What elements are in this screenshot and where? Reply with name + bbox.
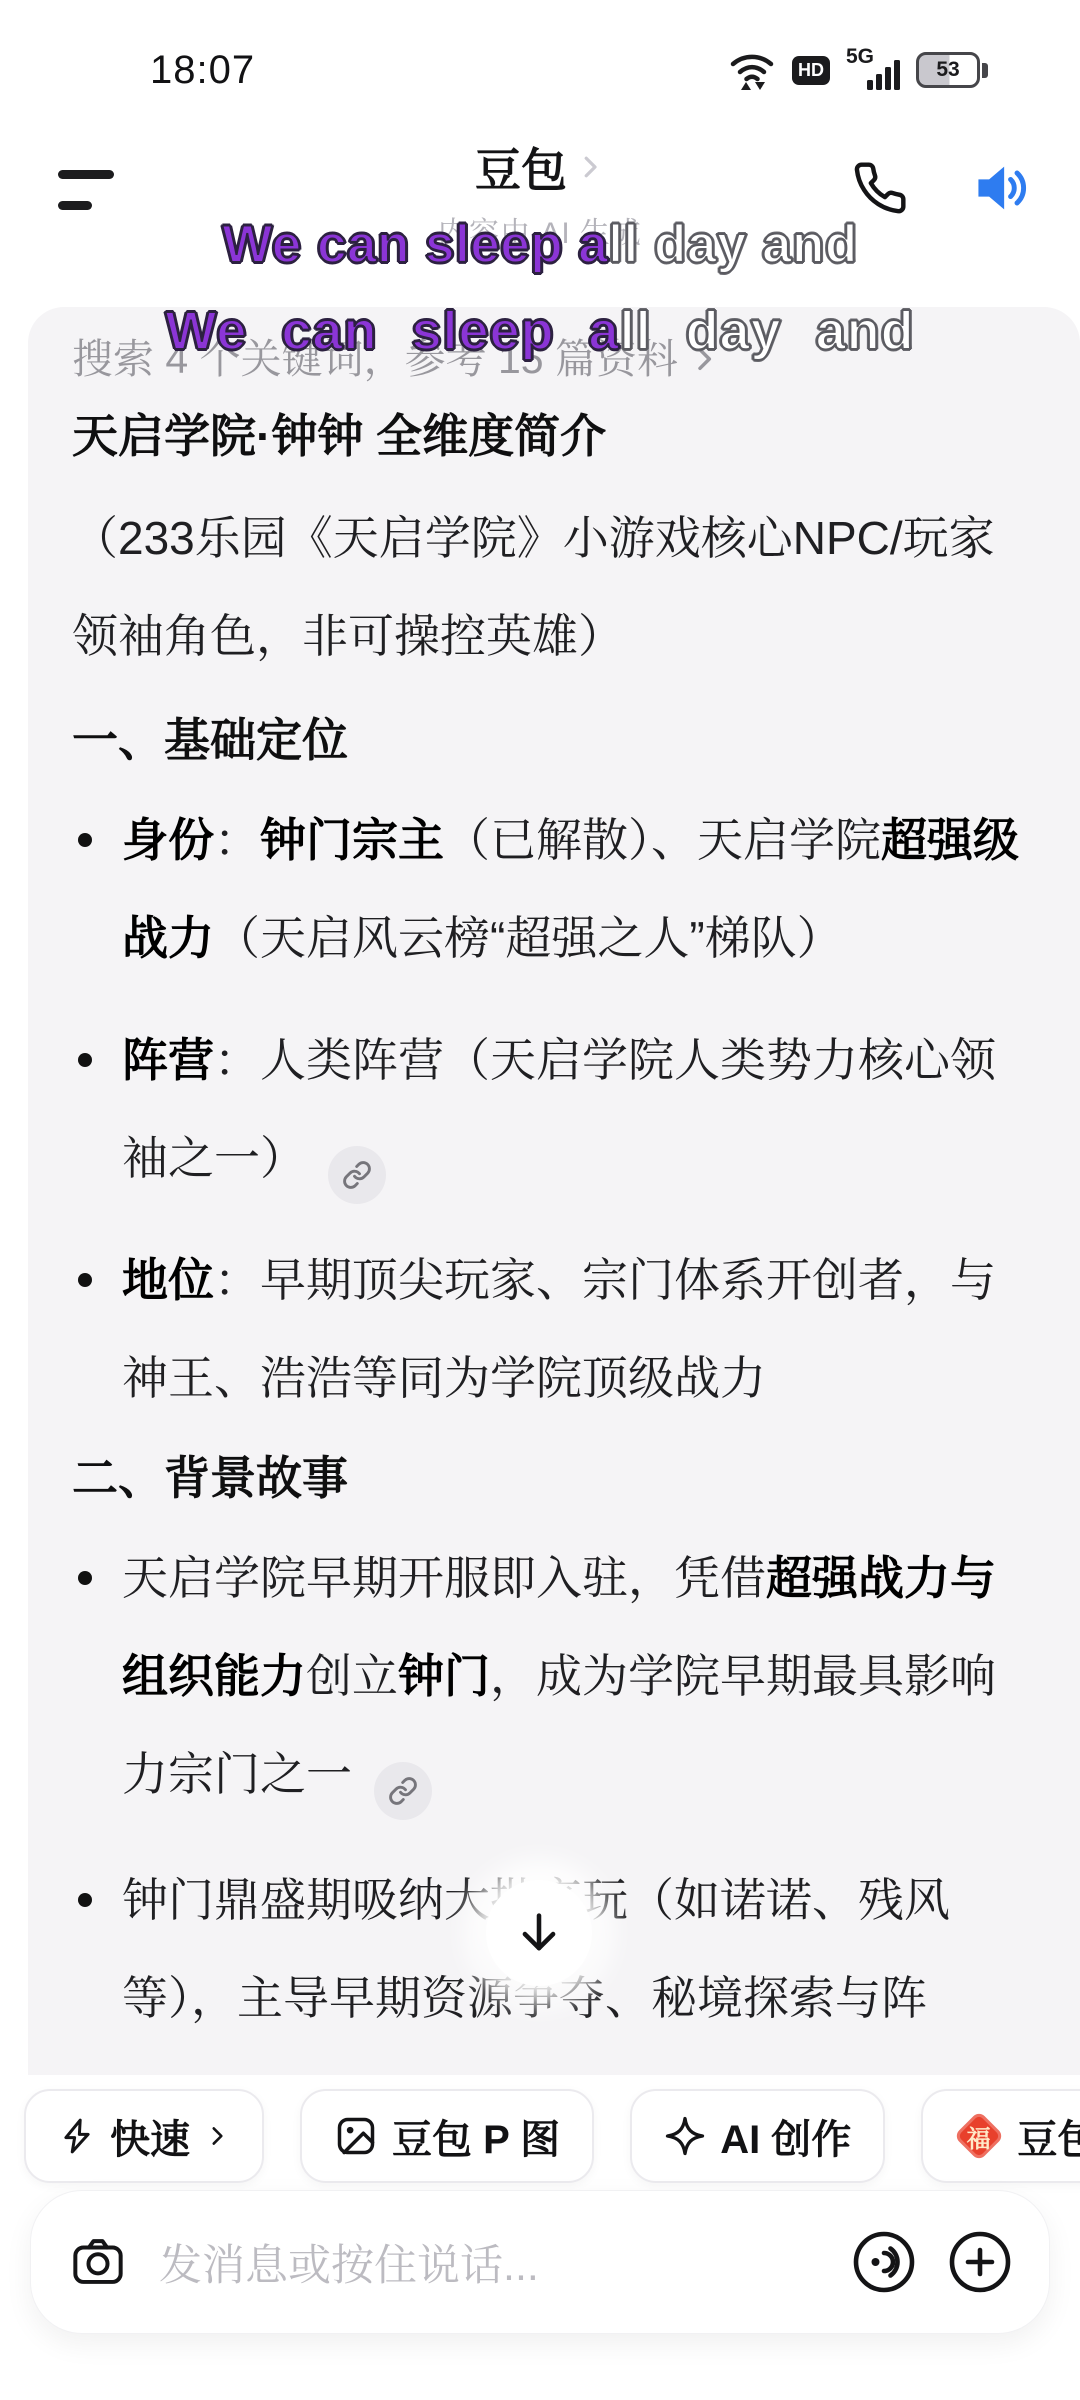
app-title[interactable]: 豆包	[475, 134, 567, 200]
bullet-marker	[78, 1273, 92, 1287]
shortcut-chips: 快速 豆包 P 图 AI 创作	[24, 2089, 1080, 2183]
app-header: 豆包 内容由 AI 生成	[0, 118, 1080, 236]
section-heading-1: 一、基础定位	[72, 711, 1036, 769]
new-year-chip[interactable]: 福 豆包过年	[921, 2089, 1080, 2183]
list-item: 身份：钟门宗主（已解散）、天启学院超强级战力（天启风云榜“超强之人”梯队）	[72, 791, 1036, 987]
search-references-row[interactable]: 搜索 4 个关键词，参考 15 篇资料	[72, 333, 1036, 385]
section-heading-2: 二、背景故事	[72, 1449, 1036, 1507]
photo-edit-chip[interactable]: 豆包 P 图	[300, 2089, 594, 2183]
sparkle-icon	[664, 2115, 706, 2157]
message-input-bar[interactable]: 发消息或按住说话...	[30, 2190, 1050, 2334]
bottom-panel: 快速 豆包 P 图 AI 创作	[0, 2075, 1080, 2400]
phone-screen: 18:07 HD 5G 53	[0, 0, 1080, 2400]
wifi-icon	[728, 47, 776, 93]
chevron-right-icon	[204, 2120, 230, 2152]
lightning-icon	[58, 2115, 96, 2157]
document-title: 天启学院·钟钟 全维度简介	[72, 405, 1036, 467]
search-summary: 搜索 4 个关键词，参考 15 篇资料	[72, 333, 678, 385]
hd-call-icon: HD	[792, 56, 830, 85]
section-1-list: 身份：钟门宗主（已解散）、天启学院超强级战力（天启风云榜“超强之人”梯队） 阵营…	[72, 791, 1036, 1427]
bullet-marker	[78, 1571, 92, 1585]
ai-message-card: 搜索 4 个关键词，参考 15 篇资料 天启学院·钟钟 全维度简介 （233乐园…	[28, 307, 1080, 2075]
quick-actions-chip[interactable]: 快速	[24, 2089, 264, 2183]
list-item: 阵营：人类阵营（天启学院人类势力核心领袖之一）	[72, 1011, 1036, 1207]
bullet-marker	[78, 833, 92, 847]
battery-icon: 53	[916, 52, 988, 88]
clock: 18:07	[150, 48, 255, 93]
menu-icon[interactable]	[58, 170, 116, 212]
status-bar: 18:07 HD 5G 53	[0, 38, 1080, 102]
speaker-icon[interactable]	[970, 158, 1034, 218]
down-arrow-icon	[513, 1907, 565, 1959]
status-icons: HD 5G 53	[728, 47, 988, 93]
citation-link-icon[interactable]	[328, 1146, 386, 1204]
ai-create-chip[interactable]: AI 创作	[630, 2089, 885, 2183]
camera-icon[interactable]	[67, 2233, 129, 2291]
list-item: 天启学院早期开服即入驻，凭借超强战力与组织能力创立钟门，成为学院早期最具影响力宗…	[72, 1529, 1036, 1823]
plus-icon[interactable]	[947, 2229, 1013, 2295]
signal-5g-icon: 5G	[846, 47, 900, 93]
phone-call-icon[interactable]	[852, 160, 908, 216]
citation-link-icon[interactable]	[374, 1762, 432, 1820]
ai-generated-note: 内容由 AI 生成	[438, 208, 642, 252]
list-item: 地位：早期顶尖玩家、宗门体系开创者，与神王、浩浩等同为学院顶级战力	[72, 1231, 1036, 1427]
voice-wave-icon[interactable]	[851, 2229, 917, 2295]
chevron-right-icon	[688, 341, 720, 377]
scroll-to-bottom-button[interactable]	[486, 1880, 592, 1986]
header-title-block[interactable]: 豆包 内容由 AI 生成	[438, 134, 642, 252]
fu-diamond-icon: 福	[955, 2112, 1003, 2160]
bullet-marker	[78, 1053, 92, 1067]
bullet-marker	[78, 1893, 92, 1907]
battery-level: 53	[916, 52, 980, 88]
document-intro: （233乐园《天启学院》小游戏核心NPC/玩家领袖角色，非可操控英雄）	[72, 489, 1036, 685]
chevron-right-icon	[575, 150, 605, 184]
message-input-placeholder[interactable]: 发消息或按住说话...	[159, 2232, 821, 2293]
image-icon	[334, 2114, 378, 2158]
